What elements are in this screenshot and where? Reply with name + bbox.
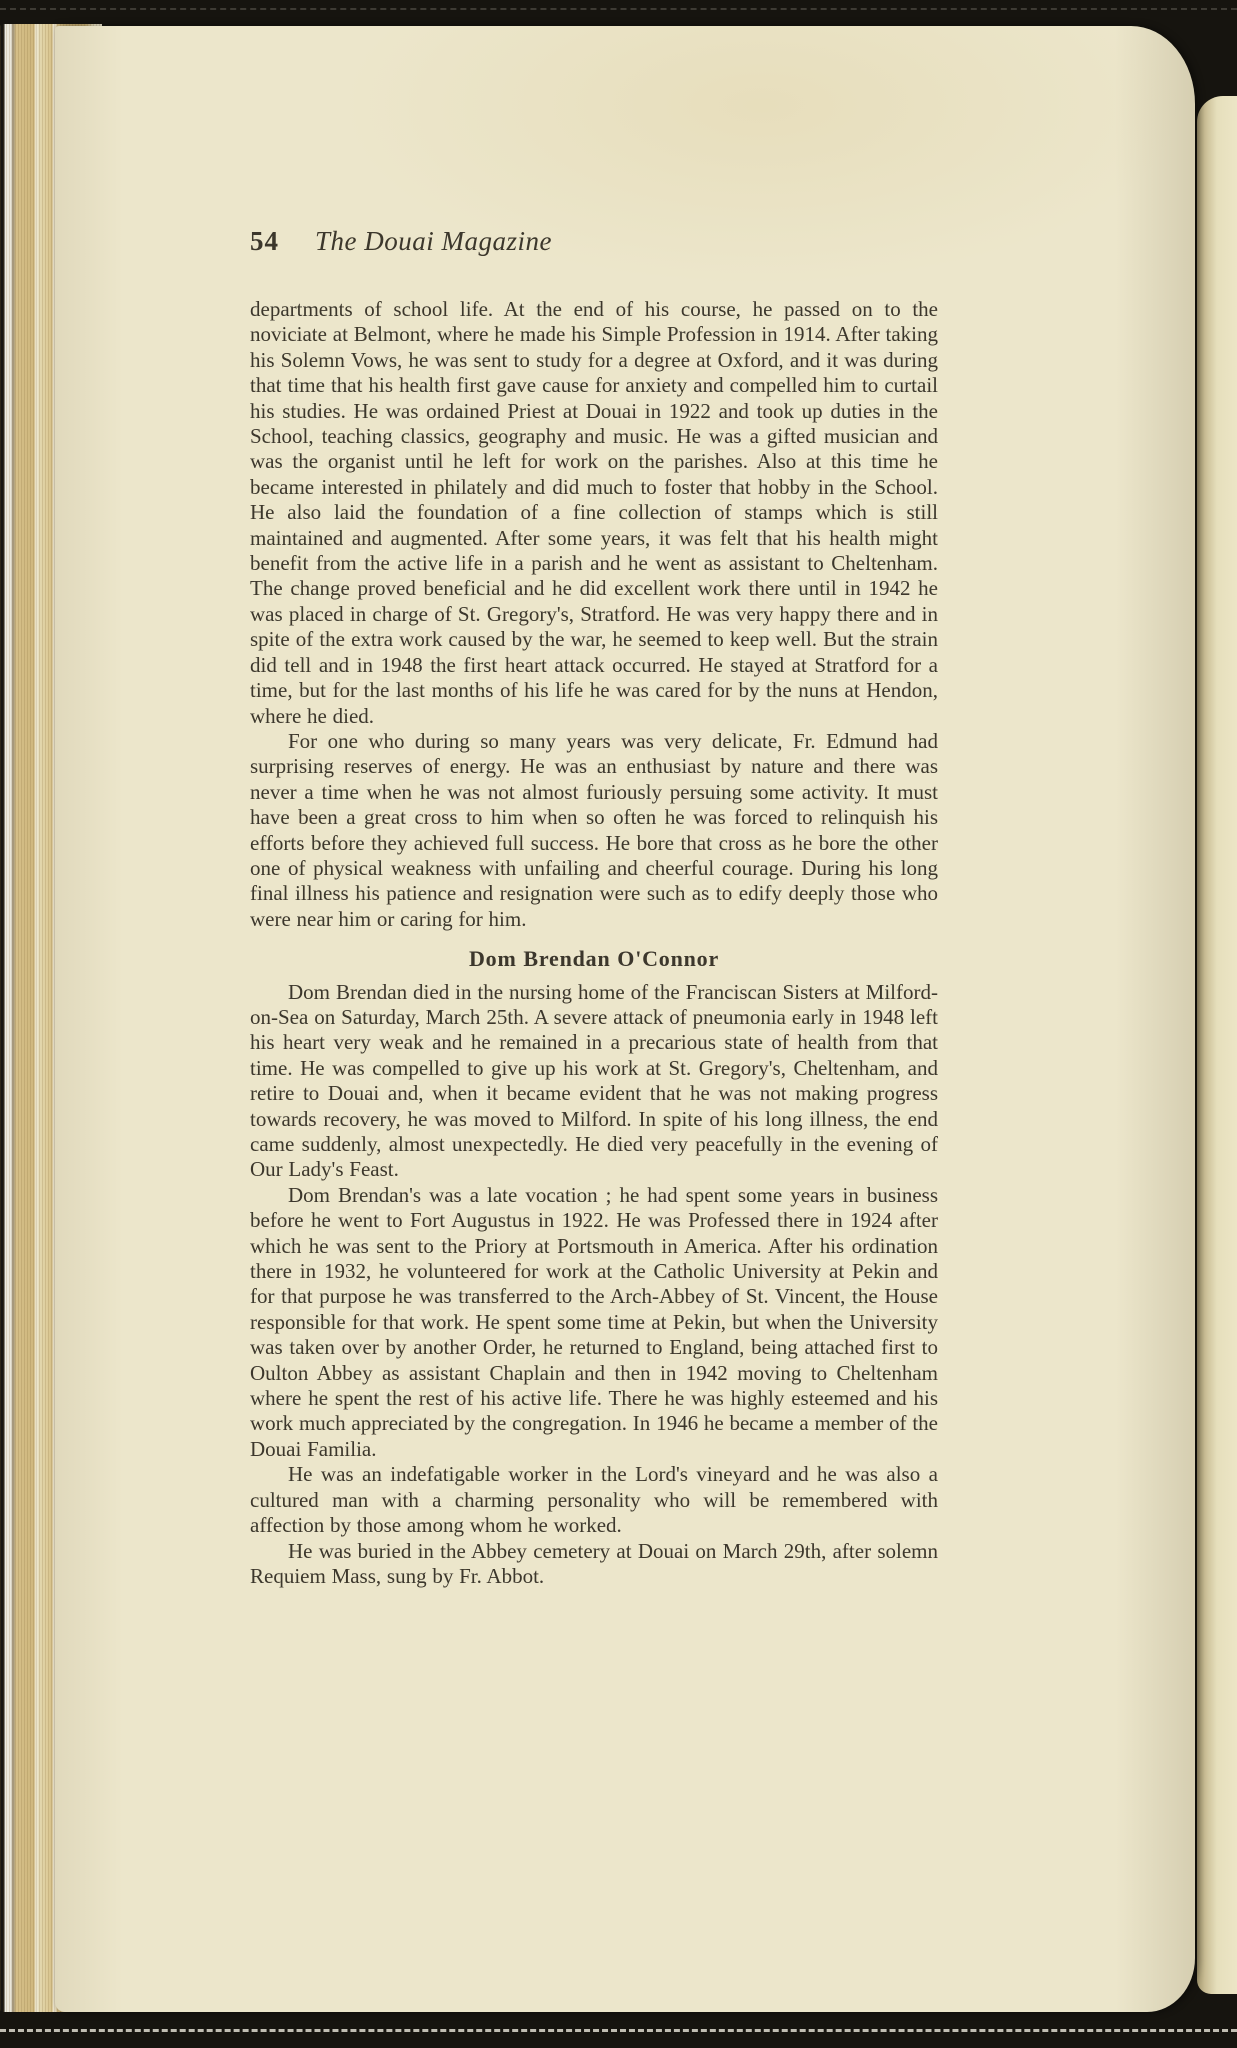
obituary-text: departments of school life. At the end o… bbox=[250, 297, 938, 1589]
section-heading-brendan-oconnor: Dom Brendan O'Connor bbox=[250, 946, 938, 971]
paragraph-brendan-4: He was buried in the Abbey cemetery at D… bbox=[250, 1539, 938, 1590]
cover-stitching-bottom bbox=[0, 2029, 1237, 2032]
paragraph-edmund-1: departments of school life. At the end o… bbox=[250, 297, 938, 729]
book-photo: 54 The Douai Magazine departments of sch… bbox=[0, 0, 1237, 2048]
paragraph-edmund-2: For one who during so many years was ver… bbox=[250, 729, 938, 932]
cover-stitching-top bbox=[0, 8, 1237, 10]
page-number: 54 bbox=[250, 226, 279, 256]
next-page-edge bbox=[1197, 96, 1237, 1994]
text-column: 54 The Douai Magazine departments of sch… bbox=[250, 226, 938, 1589]
running-header: 54 The Douai Magazine bbox=[250, 226, 938, 257]
paragraph-brendan-1: Dom Brendan died in the nursing home of … bbox=[250, 980, 938, 1183]
paragraph-brendan-2: Dom Brendan's was a late vocation ; he h… bbox=[250, 1183, 938, 1462]
paragraph-brendan-3: He was an indefatigable worker in the Lo… bbox=[250, 1462, 938, 1538]
running-title: The Douai Magazine bbox=[315, 226, 552, 256]
